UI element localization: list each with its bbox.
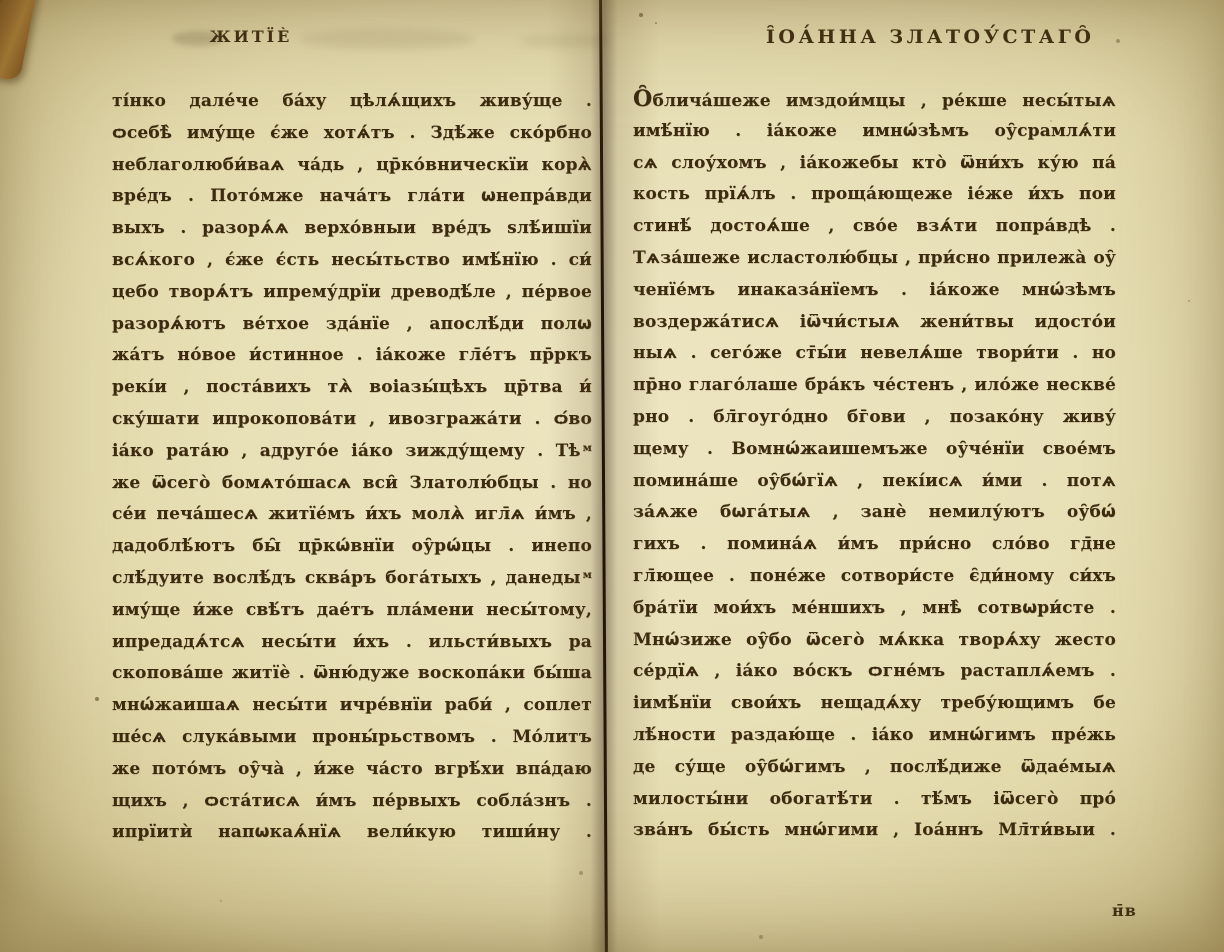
text-line: вре́дъ . Пото́мже нача́тъ гла́ти ѡнепра́…: [112, 181, 592, 213]
text-line: иму́ще и́же свѣ́тъ дае́тъ пла́мени несы́…: [112, 595, 592, 627]
superscript-letter: м: [583, 436, 592, 465]
text-line: всѧ́кого , є́же є́сть несы́тьство имѣ́нї…: [112, 245, 592, 277]
text-line: мнѡ́жаишаѧ несы́ти ичре́внїи раби́ , соп…: [112, 690, 592, 722]
text-line: іимѣ́нїи свои́хъ нещадѧ́ху требу́ющимъ б…: [633, 688, 1116, 720]
text-line: цебо творѧ́тъ ипрему́дрїи древодѣ́ле , п…: [112, 277, 592, 309]
signature-mark: н̄в: [1112, 901, 1137, 920]
text-line: жа́тъ но́вое и́стинное . іа́коже гл̄е́тъ…: [112, 340, 592, 372]
text-line: кость прїѧ́лъ . проща́ющеже іе́же и́хъ п…: [633, 179, 1116, 211]
text-line: Мнѡ́зиже оу̑бо ѿсего̀ мѧ́кка творѧ́ху же…: [633, 625, 1116, 657]
text-line: воздержа́тисѧ іѿчи́стыѧ жени́твы идосто́…: [633, 307, 1116, 339]
text-line: се́и печа́шесѧ житїе́мъ и́хъ молѧ̀ игл̄ѧ…: [112, 499, 592, 531]
text-line: ѻсебѣ̀ иму́ще є́же хотѧ́тъ . Здѣ́же ско́…: [112, 118, 592, 150]
text-line: стинѣ́ достоѧ́ше , сво́е взѧ́ти попра́вд…: [633, 211, 1116, 243]
text-line: де су́ще оу̑бѡ́гимъ , послѣ́диже ѿдае́мы…: [633, 752, 1116, 784]
superscript-letter: м: [583, 563, 592, 592]
text-line: выхъ . разорѧ́ѧ верхо́вныи вре́дъ ѕлѣ́иш…: [112, 213, 592, 245]
paper-speckles: [0, 0, 2, 2]
right-running-head: І̑ОА́ННА ЗЛАТОУ́СТАГО̑: [766, 26, 1094, 48]
left-running-head: ЖИТЇЀ: [186, 27, 316, 46]
right-page-text: О̑блича́шеже имздои́мцы , ре́кше несы́ты…: [633, 84, 1116, 847]
text-line: ску́шати ипрокопова́ти , ивозгража́ти . …: [112, 404, 592, 436]
text-line: О̑блича́шеже имздои́мцы , ре́кше несы́ты…: [633, 84, 1116, 116]
page-gutter: [599, 0, 608, 952]
text-line: же пото́мъ оу̑ча̀ , и́же ча́сто вгрѣ́хи …: [112, 754, 592, 786]
book-scan: ЖИТЇЀ І̑ОА́ННА ЗЛАТОУ́СТАГО̑ ті́нко дале…: [0, 0, 1224, 952]
text-line: гихъ . помина́ѧ и́мъ при́сно сло́во гд̄н…: [633, 529, 1116, 561]
text-line: неблаголюби́ваѧ ча́дь , цр̄ко́вническїи …: [112, 150, 592, 182]
text-line: лѣ́ности раздаю́ще . іа́ко имнѡ́гимъ пре…: [633, 720, 1116, 752]
text-line: ипрїитѝ напѡкаѧ́нїѧ вели́кую тиши́ну .: [112, 817, 592, 849]
show-through-smudge: [520, 34, 610, 48]
text-line: сѧ слоу́хомъ , іа́кожебы кто̀ ѿни́хъ ку́…: [633, 148, 1116, 180]
text-line: имѣ́нїю . іа́коже имнѡ́зѣмъ оу̑срамлѧ́ти: [633, 116, 1116, 148]
text-line: Тѧза́шеже исластолю́бцы , при́сно прилеж…: [633, 243, 1116, 275]
text-line: бра́тїи мои́хъ ме́ншихъ , мнѣ̀ сотвѡри́с…: [633, 593, 1116, 625]
show-through-smudge: [300, 29, 475, 49]
text-line: же ѿсего̀ бомѧто́шасѧ вси̑ Златолю́бцы .…: [112, 468, 592, 500]
text-line: ченїе́мъ инаказа́нїемъ . іа́коже мнѡ́зѣм…: [633, 275, 1116, 307]
text-line: пр̄но глаго́лаше бра́къ че́стенъ , ило́ж…: [633, 370, 1116, 402]
text-line: рно . бл̄гоуго́дно бг̄ови , позако́ну жи…: [633, 402, 1116, 434]
text-line: щему . Вомнѡ́жаишемъже оу̑че́нїи свое́мъ: [633, 434, 1116, 466]
text-line: щихъ , ѻста́тисѧ и́мъ пе́рвыхъ собла́знъ…: [112, 786, 592, 818]
wood-strip: [0, 0, 38, 82]
text-line: іа́ко рата́ю , адруго́е іа́ко зижду́щему…: [112, 436, 592, 468]
text-line: скопова́ше житїѐ . ѿню́дуже воскопа́ки б…: [112, 658, 592, 690]
text-line: ипредадѧ́тсѧ несы́ти и́хъ . ильсти́выхъ …: [112, 627, 592, 659]
text-line: дадоблѣ́ютъ бы̑ цр̄кѡ́внїи оу̑рѡ́цы . ин…: [112, 531, 592, 563]
text-line: ше́сѧ слука́выми проны́рьствомъ . Мо́лит…: [112, 722, 592, 754]
text-line: милосты́ни обогатѣ́ти . тѣ́мъ іѿсего̀ пр…: [633, 784, 1116, 816]
text-line: ті́нко дале́че ба́ху цѣлѧ́щихъ живу́ще .: [112, 86, 592, 118]
text-line: гл̄ющее . поне́же сотвори́сте є̑ди́ному …: [633, 561, 1116, 593]
text-line: помина́ше оу̑бѡ́гїѧ , пекі́исѧ и́ми . по…: [633, 466, 1116, 498]
text-line: рекі́и , поста́вихъ тѧ̀ воіазы́цѣхъ цр̄т…: [112, 372, 592, 404]
text-line: зва́нъ бы́сть мнѡ́гими , Іоа́ннъ Мл̄ти́в…: [633, 815, 1116, 847]
text-line: ныѧ . сего́же ст̄ы́и невелѧ́ше твори́ти …: [633, 338, 1116, 370]
text-line: разорѧ́ютъ ве́тхое зда́нїе , апослѣ́ди п…: [112, 309, 592, 341]
text-line: слѣ́дуите вослѣ́дъ сква́ръ бога́тыхъ , д…: [112, 563, 592, 595]
left-page-text: ті́нко дале́че ба́ху цѣлѧ́щихъ живу́ще .…: [112, 86, 592, 849]
text-line: за́ѧже бѡга́тыѧ , занѐ немилу́ютъ оу̑бѡ́: [633, 497, 1116, 529]
text-line: се́рдїѧ , іа́ко во́скъ ѻгне́мъ растаплѧ́…: [633, 656, 1116, 688]
